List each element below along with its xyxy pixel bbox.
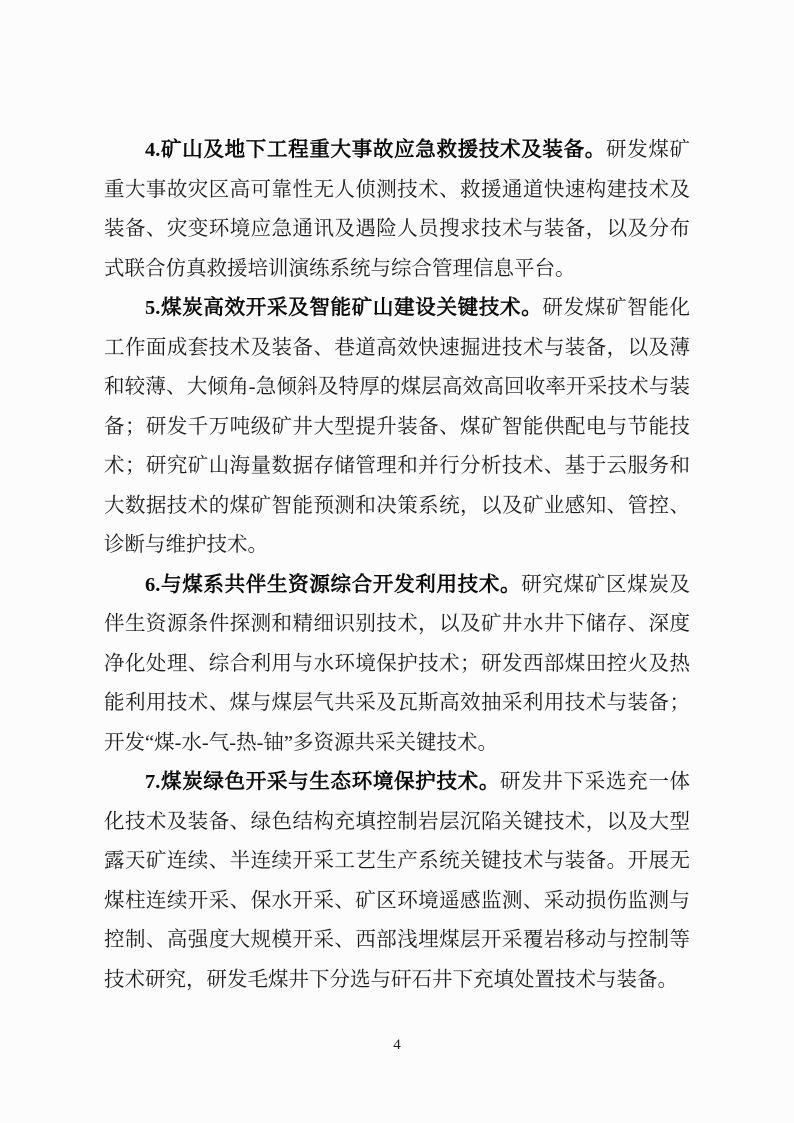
document-page: 4.矿山及地下工程重大事故应急救援技术及装备。研发煤矿重大事故灾区高可靠性无人侦… [0,0,794,1123]
paragraph-body: 研发煤矿智能化工作面成套技术及装备、巷道高效快速掘进技术与装备，以及薄和较薄、大… [104,297,690,556]
paragraph-body: 研发井下采选充一体化技术及装备、绿色结构充填控制岩层沉陷关键技术，以及大型露天矿… [104,771,690,991]
paragraph-item-6: 6.与煤系共伴生资源综合开发利用技术。研究煤矿区煤炭及伴生资源条件探测和精细识别… [104,566,690,764]
paragraph-item-7: 7.煤炭绿色开采与生态环境保护技术。研发井下采选充一体化技术及装备、绿色结构充填… [104,763,690,1000]
paragraph-heading: 5.煤炭高效开采及智能矿山建设关键技术。 [145,297,542,319]
paragraph-heading: 7.煤炭绿色开采与生态环境保护技术。 [145,771,500,793]
paragraph-body: 研究煤矿区煤炭及伴生资源条件探测和精细识别技术，以及矿井水井下储存、深度净化处理… [104,574,690,754]
paragraph-heading: 4.矿山及地下工程重大事故应急救援技术及装备。 [145,139,606,161]
paragraph-item-4: 4.矿山及地下工程重大事故应急救援技术及装备。研发煤矿重大事故灾区高可靠性无人侦… [104,131,690,289]
page-number: 4 [393,1037,401,1053]
paragraph-heading: 6.与煤系共伴生资源综合开发利用技术。 [145,574,521,596]
document-content: 4.矿山及地下工程重大事故应急救援技术及装备。研发煤矿重大事故灾区高可靠性无人侦… [104,131,690,1000]
page-footer: 4 [0,1035,794,1055]
paragraph-item-5: 5.煤炭高效开采及智能矿山建设关键技术。研发煤矿智能化工作面成套技术及装备、巷道… [104,289,690,566]
